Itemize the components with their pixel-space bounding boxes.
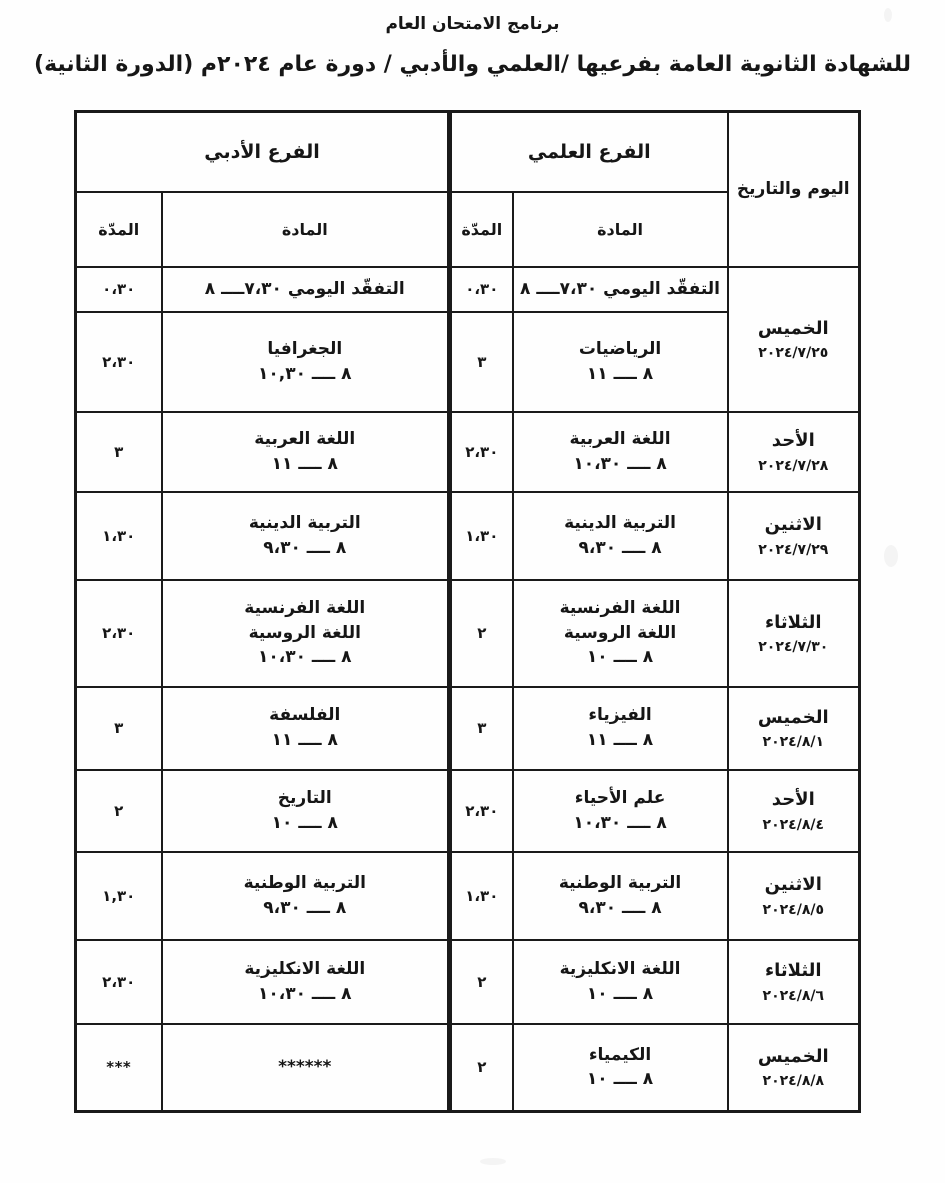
sci-subject-text: الكيمياء [589,1043,651,1068]
day-date: ٢٠٢٤/٧/٣٠ [729,639,859,655]
document-title-line1: برنامج الامتحان العام [0,14,945,34]
day-date-cell: الخميس٢٠٢٤/٨/١ [728,687,860,770]
sci-subject-cell: التربية الوطنية٨ ــــ ٩،٣٠ [513,852,728,940]
day-date-cell: الاثنين٢٠٢٤/٨/٥ [728,852,860,940]
sci-subject-text: ٨ ــــ ١٠ [587,645,653,670]
lit-subject-text: التاريخ [278,786,332,811]
sci-subject-cell: علم الأحياء٨ ــــ ١٠،٣٠ [513,770,728,852]
table-row: الأحد٢٠٢٤/٨/٤علم الأحياء٨ ــــ ١٠،٣٠٢،٣٠… [76,770,860,852]
lit-subject-stack: التربية الوطنية٨ ــــ ٩،٣٠ [163,869,448,922]
lit-subject-text: اللغة العربية [254,427,355,452]
lit-duration-cell: *** [76,1024,162,1112]
day-name: الأحد [729,788,859,811]
day-date-cell: الثلاثاء٢٠٢٤/٧/٣٠ [728,580,860,687]
day-date-cell: الأحد٢٠٢٤/٧/٢٨ [728,412,860,492]
literary-branch-header: الفرع الأدبي [76,112,450,192]
table-row: الثلاثاء٢٠٢٤/٨/٦اللغة الانكليزية٨ ــــ ١… [76,940,860,1024]
sci-subject-text: ٨ ــــ ٩،٣٠ [579,896,662,921]
lit-subject-cell: التربية الوطنية٨ ــــ ٩،٣٠ [162,852,450,940]
sci-subject-text: التفقّد اليومي ٧،٣٠ــــ ٨ [520,277,720,302]
sci-subject-text: اللغة الروسية [564,621,676,646]
table-row: الاثنين٢٠٢٤/٧/٢٩التربية الدينية٨ ــــ ٩،… [76,492,860,580]
day-name: الأحد [729,429,859,452]
sci-subject-cell: الفيزياء٨ ــــ ١١ [513,687,728,770]
lit-duration-cell: ٢،٣٠ [76,312,162,412]
day-name: الاثنين [729,873,859,896]
sci-duration-cell: ١،٣٠ [450,492,513,580]
lit-subject-text: ٨ ــــ ١٠،٣٠ [258,982,351,1007]
lit-subject-text: التربية الدينية [249,511,361,536]
schedule-body: الخميس٢٠٢٤/٧/٢٥التفقّد اليومي ٧،٣٠ــــ ٨… [76,267,860,1112]
day-date-cell: الأحد٢٠٢٤/٨/٤ [728,770,860,852]
lit-subject-stack: الجغرافيا٨ ــــ ١٠,٣٠ [163,335,448,388]
lit-duration-cell: ٠،٣٠ [76,267,162,312]
sci-duration-cell: ٢،٣٠ [450,770,513,852]
lit-duration-cell: ١,٣٠ [76,852,162,940]
sci-subject-text: ٨ ــــ ١٠ [587,1067,653,1092]
lit-subject-text: ٨ ــــ ١٠ [272,811,338,836]
sci-subject-text: ٨ ــــ ١٠،٣٠ [573,811,666,836]
sci-duration-cell: ٢ [450,580,513,687]
sci-subject-cell: اللغة العربية٨ ــــ ١٠،٣٠ [513,412,728,492]
table-row: الاثنين٢٠٢٤/٨/٥التربية الوطنية٨ ــــ ٩،٣… [76,852,860,940]
sci-subject-cell: الكيمياء٨ ــــ ١٠ [513,1024,728,1112]
lit-duration-cell: ٣ [76,687,162,770]
lit-subject-cell: اللغة العربية٨ ــــ ١١ [162,412,450,492]
lit-subject-cell: اللغة الانكليزية٨ ــــ ١٠،٣٠ [162,940,450,1024]
lit-duration-cell: ١،٣٠ [76,492,162,580]
day-name: الثلاثاء [729,959,859,982]
lit-subject-cell: الفلسفة٨ ــــ ١١ [162,687,450,770]
lit-subject-cell: اللغة الفرنسيةاللغة الروسية٨ ــــ ١٠،٣٠ [162,580,450,687]
lit-duration-cell: ٢،٣٠ [76,940,162,1024]
lit-subject-text: اللغة الفرنسية [244,596,365,621]
lit-subject-text: ٨ ــــ ١٠،٣٠ [258,645,351,670]
scan-artifact [884,545,898,567]
lit-subject-stack: اللغة الانكليزية٨ ــــ ١٠،٣٠ [163,955,448,1008]
sci-subject-text: اللغة الانكليزية [560,957,681,982]
sci-subject-text: الفيزياء [588,703,651,728]
sci-subject-stack: اللغة الانكليزية٨ ــــ ١٠ [514,955,727,1008]
day-date: ٢٠٢٤/٨/٤ [729,817,859,833]
day-date-column-header: اليوم والتاريخ [728,112,860,267]
lit-subject-text: ٨ ــــ ١٠,٣٠ [258,362,351,387]
sci-subject-stack: التربية الدينية٨ ــــ ٩،٣٠ [514,509,727,562]
day-name: الخميس [729,1045,859,1068]
sci-subject-stack: الفيزياء٨ ــــ ١١ [514,701,727,754]
sci-subject-cell: التفقّد اليومي ٧،٣٠ــــ ٨ [513,267,728,312]
sci-subject-text: ٨ ــــ ١١ [587,362,653,387]
scientific-branch-header: الفرع العلمي [450,112,728,192]
sci-subject-text: الرياضيات [579,337,661,362]
sci-duration-header: المدّة [450,192,513,267]
lit-subject-cell: التاريخ٨ ــــ ١٠ [162,770,450,852]
lit-subject-text: ٨ ــــ ٩،٣٠ [263,536,346,561]
sci-duration-cell: ١،٣٠ [450,852,513,940]
sci-subject-text: اللغة العربية [570,427,671,452]
sci-subject-text: ٨ ــــ ١٠،٣٠ [573,452,666,477]
exam-schedule-table: اليوم والتاريخ الفرع العلمي الفرع الأدبي… [74,110,861,1113]
sci-subject-stack: اللغة الفرنسيةاللغة الروسية٨ ــــ ١٠ [514,594,727,672]
lit-subject-cell: ****** [162,1024,450,1112]
sci-subject-stack: التربية الوطنية٨ ــــ ٩،٣٠ [514,869,727,922]
day-date: ٢٠٢٤/٨/٨ [729,1073,859,1089]
lit-duration-cell: ٢ [76,770,162,852]
table-row: الثلاثاء٢٠٢٤/٧/٣٠اللغة الفرنسيةاللغة الر… [76,580,860,687]
lit-subject-stack: التاريخ٨ ــــ ١٠ [163,784,448,837]
lit-subject-stack: التفقّد اليومي ٧،٣٠ــــ ٨ [163,275,448,304]
group-header-row: اليوم والتاريخ الفرع العلمي الفرع الأدبي [76,112,860,192]
day-date: ٢٠٢٤/٧/٢٩ [729,542,859,558]
sci-subject-cell: الرياضيات٨ ــــ ١١ [513,312,728,412]
day-date-cell: الثلاثاء٢٠٢٤/٨/٦ [728,940,860,1024]
lit-duration-header: المدّة [76,192,162,267]
day-date: ٢٠٢٤/٨/٥ [729,902,859,918]
day-name: الثلاثاء [729,611,859,634]
sci-subject-stack: اللغة العربية٨ ــــ ١٠،٣٠ [514,425,727,478]
table-row: الخميس٢٠٢٤/٧/٢٥التفقّد اليومي ٧،٣٠ــــ ٨… [76,267,860,312]
lit-subject-stack: اللغة العربية٨ ــــ ١١ [163,425,448,478]
day-date: ٢٠٢٤/٧/٢٥ [729,345,859,361]
day-date-cell: الاثنين٢٠٢٤/٧/٢٩ [728,492,860,580]
sci-subject-stack: التفقّد اليومي ٧،٣٠ــــ ٨ [514,275,727,304]
sci-subject-cell: اللغة الفرنسيةاللغة الروسية٨ ــــ ١٠ [513,580,728,687]
sci-subject-text: ٨ ــــ ٩،٣٠ [579,536,662,561]
sci-subject-stack: علم الأحياء٨ ــــ ١٠،٣٠ [514,784,727,837]
document-title-line2: للشهادة الثانوية العامة بفرعيها /العلمي … [0,52,945,77]
lit-subject-cell: التفقّد اليومي ٧،٣٠ــــ ٨ [162,267,450,312]
lit-subject-text: التربية الوطنية [244,871,366,896]
sci-subject-cell: اللغة الانكليزية٨ ــــ ١٠ [513,940,728,1024]
lit-subject-text: الفلسفة [269,703,340,728]
table-row: الخميس٢٠٢٤/٨/١الفيزياء٨ ــــ ١١٣الفلسفة٨… [76,687,860,770]
lit-subject-text: الجغرافيا [267,337,342,362]
day-date-cell: الخميس٢٠٢٤/٧/٢٥ [728,267,860,412]
lit-subject-stack: ****** [163,1053,448,1082]
day-name: الاثنين [729,513,859,536]
day-date: ٢٠٢٤/٧/٢٨ [729,458,859,474]
day-name: الخميس [729,706,859,729]
lit-subject-cell: الجغرافيا٨ ــــ ١٠,٣٠ [162,312,450,412]
lit-subject-text: ٨ ــــ ١١ [272,452,338,477]
lit-subject-text: اللغة الروسية [249,621,361,646]
sci-subject-text: ٨ ــــ ١١ [587,728,653,753]
day-name: الخميس [729,317,859,340]
sci-duration-cell: ٣ [450,312,513,412]
table-row: الأحد٢٠٢٤/٧/٢٨اللغة العربية٨ ــــ ١٠،٣٠٢… [76,412,860,492]
sci-duration-cell: ٢،٣٠ [450,412,513,492]
lit-subject-cell: التربية الدينية٨ ــــ ٩،٣٠ [162,492,450,580]
sci-subject-text: التربية الوطنية [559,871,681,896]
lit-duration-cell: ٢،٣٠ [76,580,162,687]
sci-subject-cell: التربية الدينية٨ ــــ ٩،٣٠ [513,492,728,580]
lit-subject-text: ٨ ــــ ٩،٣٠ [263,896,346,921]
sci-duration-cell: ٢ [450,940,513,1024]
scan-artifact [480,1158,506,1165]
lit-subject-text: اللغة الانكليزية [244,957,365,982]
sci-subject-header: المادة [513,192,728,267]
sci-duration-cell: ٢ [450,1024,513,1112]
lit-subject-text: التفقّد اليومي ٧،٣٠ــــ ٨ [205,277,405,302]
sci-subject-text: التربية الدينية [564,511,676,536]
lit-subject-stack: التربية الدينية٨ ــــ ٩،٣٠ [163,509,448,562]
day-date: ٢٠٢٤/٨/٦ [729,988,859,1004]
sci-subject-stack: الكيمياء٨ ــــ ١٠ [514,1041,727,1094]
sci-duration-cell: ٣ [450,687,513,770]
lit-subject-header: المادة [162,192,450,267]
table-row: الخميس٢٠٢٤/٨/٨الكيمياء٨ ــــ ١٠٢********… [76,1024,860,1112]
sci-subject-text: علم الأحياء [575,786,666,811]
lit-subject-stack: اللغة الفرنسيةاللغة الروسية٨ ــــ ١٠،٣٠ [163,594,448,672]
sci-duration-cell: ٠،٣٠ [450,267,513,312]
sci-subject-text: اللغة الفرنسية [560,596,681,621]
sci-subject-text: ٨ ــــ ١٠ [587,982,653,1007]
day-date-cell: الخميس٢٠٢٤/٨/٨ [728,1024,860,1112]
lit-subject-text: ****** [278,1055,331,1080]
lit-subject-text: ٨ ــــ ١١ [272,728,338,753]
day-date: ٢٠٢٤/٨/١ [729,734,859,750]
lit-subject-stack: الفلسفة٨ ــــ ١١ [163,701,448,754]
document-page: برنامج الامتحان العام للشهادة الثانوية ا… [0,0,945,1183]
sci-subject-stack: الرياضيات٨ ــــ ١١ [514,335,727,388]
lit-duration-cell: ٣ [76,412,162,492]
